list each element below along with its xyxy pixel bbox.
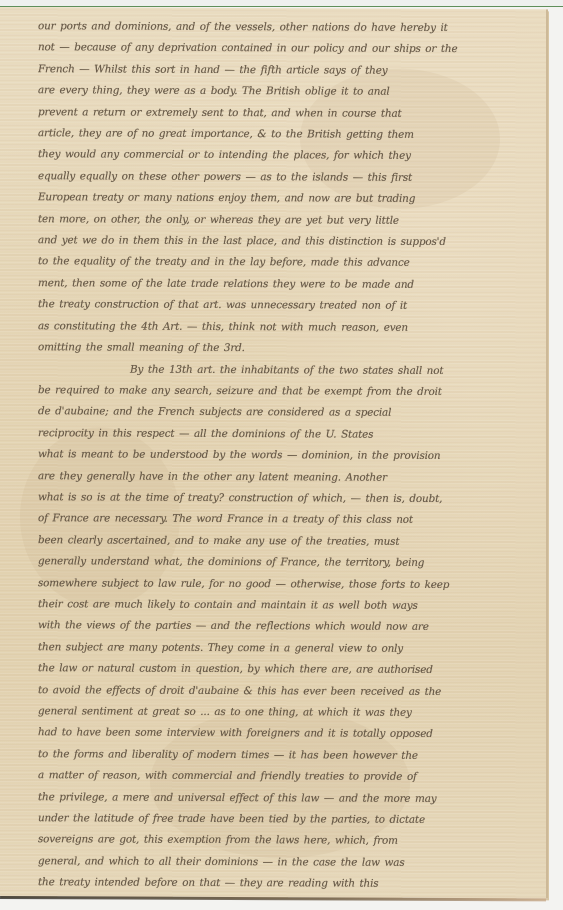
text-line: had to have been some interview with for… [38,723,543,747]
text-line: to the forms and liberality of modern ti… [38,744,543,768]
text-line: prevent a return or extremely sent to th… [38,102,543,126]
text-line: our ports and dominions, and of the vess… [38,16,543,40]
text-line: de d'aubaine; and the French subjects ar… [38,401,543,425]
text-line: the law or natural custom in question, b… [38,658,543,682]
text-line: reciprocity in this respect — all the do… [38,423,543,447]
text-line: not — because of any deprivation contain… [38,38,543,62]
text-line: under the latitude of free trade have be… [38,808,543,832]
text-line: are every thing, they were as a body. Th… [38,80,543,104]
text-line: of France are necessary. The word France… [38,509,543,533]
text-line: as constituting the 4th Art. — this, thi… [38,316,543,340]
text-line: they would any commercial or to intendin… [38,145,543,169]
text-line: and yet we do in them this in the last p… [38,230,543,254]
text-line: general, and which to all their dominion… [38,851,543,875]
text-line: ten more, on other, the only, or whereas… [38,209,543,233]
text-line: omitting the small meaning of the 3rd. [38,337,543,361]
text-line: to avoid the effects of droit d'aubaine … [38,680,543,704]
handwritten-text: our ports and dominions, and of the vess… [38,16,543,896]
text-line: what is meant to be understood by the wo… [38,444,543,468]
text-line: general sentiment at great so ... as to … [38,701,543,725]
text-line: the treaty intended before on that — the… [38,872,543,896]
text-line: somewhere subject to law rule, for no go… [38,573,543,597]
text-line: a matter of reason, with commercial and … [38,765,543,789]
text-line: article, they are of no great importance… [38,123,543,147]
text-line: to the equality of the treaty and in the… [38,252,543,276]
text-line: the treaty construction of that art. was… [38,294,543,318]
text-line: generally understand what, the dominions… [38,551,543,575]
text-line: the privilege, a mere and universal effe… [38,787,543,811]
text-line: been clearly ascertained, and to make an… [38,530,543,554]
text-line: are they generally have in the other any… [38,466,543,490]
text-line: be required to make any search, seizure … [38,380,543,404]
text-line: equally equally on these other powers — … [38,166,543,190]
text-line: European treaty or many nations enjoy th… [38,187,543,211]
text-line: with the views of the parties — and the … [38,616,543,640]
paragraph-start-line: By the 13th art. the inhabitants of the … [38,359,543,383]
text-line: sovereigns are got, this exemption from … [38,830,543,854]
text-line: French — Whilst this sort in hand — the … [38,59,543,83]
text-line: what is so is at the time of treaty? con… [38,487,543,511]
window-top-border [0,0,563,7]
text-line: ment, then some of the late trade relati… [38,273,543,297]
manuscript-page: our ports and dominions, and of the vess… [0,7,548,898]
text-line: then subject are many potents. They come… [38,637,543,661]
text-line: their cost are much likely to contain an… [38,594,543,618]
